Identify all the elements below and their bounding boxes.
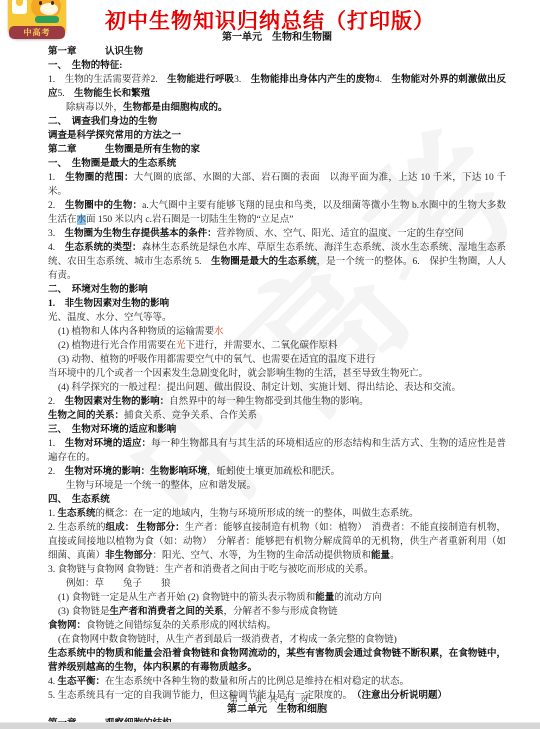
text-run: 生物都是由细胞构成的。 [123, 103, 228, 113]
text-run: 下进行，并需要水、二氧化碳作原料 [185, 341, 337, 351]
paragraph: 1. 生物圈的范围：大气圈的底部、水圈的大部、岩石圈的表面 以海平面为准，上达 … [48, 171, 506, 199]
paragraph: 生态系统中的物质和能量会沿着食物链和食物网流动的，某些有害物质会通过食物链不断积… [48, 647, 506, 675]
text-run: 捕食关系、竞争关系、合作关系 [124, 411, 257, 421]
text-run: 第二章 生物圈是所有生物的家 [48, 145, 200, 155]
paragraph: 当环境中的几个或者一个因素发生急剧变化时，就会影响生物的生活，甚至导致生物死亡。 [48, 367, 506, 381]
text-run: 3. 食物链与食物网 食物链：生产者和消费者之间由于吃与被吃而形成的关系。 [48, 565, 373, 575]
paragraph: 第一章 认识生物 [48, 45, 506, 59]
text-run: 在生态系统中各种生物的数量和所占的比例总是维持在相对稳定的状态。 [105, 677, 409, 687]
text-run: 生产者和消费者之间的关系 [109, 607, 223, 617]
paragraph: 3. 食物链与食物网 食物链：生产者和消费者之间由于吃与被吃而形成的关系。 [48, 563, 506, 577]
paragraph: 4. 生态平衡：在生态系统中各种生物的数量和所占的比例总是维持在相对稳定的状态。 [48, 675, 506, 689]
text-run: 的概念：在一定的地域内，生物与环境所形成的统一的整体，叫做生态系统。 [96, 509, 419, 519]
text-run: 生物对环境的影响： [65, 467, 151, 477]
text-run: 营养物质、水、空气、阳光、适宜的温度、一定的生存空间 [217, 229, 464, 239]
text-run: 生态系统中的物质和能量会沿着食物链和食物网流动的，某些有害物质会通过食物链不断积… [48, 649, 506, 673]
paragraph: 2. 生物圈中的生物：a.大气圈中主要有能够飞翔的昆虫和鸟类，以及细菌等微小生物… [48, 199, 506, 227]
paragraph: (4) 科学探究的一般过程：提出问题、做出假设、制定计划、实施计划、得出结论、表… [48, 381, 506, 395]
paragraph: 第二章 生物圈是所有生物的家 [48, 143, 506, 157]
text-run: 非生物部分 [105, 551, 153, 561]
text-run: 生物能生长和繁殖 [74, 89, 150, 99]
text-run: 2. [48, 201, 65, 211]
text-run: 三、 生物对环境的适应和影响 [48, 425, 176, 435]
paragraph: (3) 动物、植物的呼吸作用都需要空气中的氧气、也需要在适宜的温度下进行 [48, 353, 506, 367]
paragraph: 2. 生物因素对生物的影响：自然界中的每一种生物都受到其他生物的影响。 [48, 395, 506, 409]
text-run: (4) 科学探究的一般过程：提出问题、做出假设、制定计划、实施计划、得出结论、表… [58, 383, 461, 393]
paragraph: 调查是科学探究常用的方法之一 [48, 129, 506, 143]
text-run: 3. [48, 229, 65, 239]
text-run: 面 150 米以内 c.岩石圈是一切陆生生物的“立足点” [86, 215, 293, 225]
document-page: 中高考 中高考 初中生物知识归纳总结（打印版） 第一单元 生物和生物圈第一章 认… [0, 0, 540, 729]
text-run: 生态系统的类型： [65, 243, 142, 253]
paragraph: 二、 调查我们身边的生物 [48, 115, 506, 129]
text-run: 一、 生物圈是最大的生态系统 [48, 159, 176, 169]
text-run: 二、 环境对生物的影响 [48, 285, 148, 295]
paragraph: (3) 食物链是生产者和消费者之间的关系，分解者不参与形成食物链 [48, 605, 506, 619]
text-run: 水 [214, 327, 224, 337]
text-run: 自然界中的每一种生物都受到其他生物的影响。 [169, 397, 369, 407]
text-run: 四、 生态系统 [48, 495, 110, 505]
paragraph: 第一单元 生物和生物圈 [48, 31, 506, 45]
highlighted-text: 水 [77, 215, 87, 225]
paragraph: (2) 植物进行光合作用需要在光下进行，并需要水、二氧化碳作原料 [48, 339, 506, 353]
text-run: 除病毒以外， [66, 103, 123, 113]
paragraph: 生物之间的关系：捕食关系、竞争关系、合作关系 [48, 409, 506, 423]
text-run: 调查是科学探究常用的方法之一 [48, 131, 181, 141]
text-run: 5. [58, 89, 75, 99]
text-run: 4. [48, 677, 58, 687]
text-run: 食物网： [48, 621, 86, 631]
paragraph: 二、 环境对生物的影响 [48, 283, 506, 297]
text-run: 光、温度、水分、空气等等。 [48, 313, 172, 323]
text-run: 生物部分： [137, 523, 185, 533]
text-run: 2. 生态系统的 [48, 523, 106, 533]
paragraph: 食物网：食物链之间错综复杂的关系形成的网状结构。 [48, 619, 506, 633]
text-run: 第一章 认识生物 [48, 47, 143, 57]
text-run: 1. 生物的生活需要营养2. [48, 75, 167, 85]
text-run: 例如：草 兔子 狼 [66, 579, 171, 589]
text-run: 生物对环境的适应： [65, 439, 151, 449]
text-run: ，蚯蚓使土壤更加疏松和肥沃。 [207, 467, 340, 477]
paragraph: (在食物网中数食物链时，从生产者到最后一级消费者，才构成一条完整的食物链) [48, 633, 506, 647]
text-run: (3) 动物、植物的呼吸作用都需要空气中的氧气、也需要在适宜的温度下进行 [58, 355, 375, 365]
text-run: 组成： [106, 523, 135, 533]
document-body: 第一单元 生物和生物圈第一章 认识生物一、 生物的特征:1. 生物的生活需要营养… [48, 31, 506, 729]
paragraph: 1. 生态系统的概念：在一定的地域内，生物与环境所形成的统一的整体，叫做生态系统… [48, 507, 506, 521]
paragraph: 三、 生物对环境的适应和影响 [48, 423, 506, 437]
text-run: 4. [375, 75, 392, 85]
text-run: 生物能进行呼吸 [167, 75, 234, 85]
text-run: 的流动方向 [334, 593, 382, 603]
text-run: 4. [48, 243, 65, 253]
text-run: 第一单元 生物和生物圈 [222, 32, 332, 43]
paragraph: 光、温度、水分、空气等等。 [48, 311, 506, 325]
text-run: 生物圈为生物生存提供基本的条件： [65, 229, 217, 239]
text-run: 生物影响环境 [150, 467, 207, 477]
paragraph: (1) 植物和人体内各种物质的运输需要水 [48, 325, 506, 339]
paragraph: 一、 生物圈是最大的生态系统 [48, 157, 506, 171]
text-run: 2. [48, 397, 65, 407]
paragraph: (1) 食物链一定是从生产者开始 (2) 食物链中的箭头表示物质和能量的流动方向 [48, 591, 506, 605]
text-run: (1) 植物和人体内各种物质的运输需要 [58, 327, 214, 337]
paragraph: 2. 生物对环境的影响：生物影响环境，蚯蚓使土壤更加疏松和肥沃。 [48, 465, 506, 479]
paragraph: 例如：草 兔子 狼 [48, 577, 506, 591]
text-run: 一、 生物的特征: [48, 61, 122, 71]
paragraph: 4. 生态系统的类型：森林生态系统是绿色水库、草原生态系统、海洋生态系统、淡水生… [48, 241, 506, 283]
text-run: 生物圈是最大的生态系统 [211, 257, 317, 267]
text-run: (3) 食物链是 [58, 607, 109, 617]
text-run: 食物链之间错综复杂的关系形成的网状结构。 [86, 621, 276, 631]
text-run: (1) 食物链一定是从生产者开始 (2) 食物链中的箭头表示物质和 [58, 593, 315, 603]
text-run: 二、 调查我们身边的生物 [48, 117, 157, 127]
text-run: 。 [390, 551, 400, 561]
page-number: 第 1 页 共 23 页 [0, 693, 540, 705]
paragraph: 1. 生物的生活需要营养2. 生物能进行呼吸3. 生物能排出身体内产生的废物4.… [48, 73, 506, 101]
paragraph: 1. 非生物因素对生物的影响 [48, 297, 506, 311]
paragraph: 1. 生物对环境的适应：每一种生物都具有与其生活的环境相适应的形态结构和生活方式… [48, 437, 506, 465]
paragraph: 第二单元 生物和细胞 [48, 703, 506, 717]
text-run: 3. [234, 75, 251, 85]
text-run: ，分解者不参与形成食物链 [223, 607, 337, 617]
text-run: 1. [48, 509, 58, 519]
text-run: ：阳光、空气、水等，为生物的生命活动提供物质和 [153, 551, 372, 561]
paragraph: 2. 生态系统的组成： 生物部分：生产者：能够直接制造有机物（如：植物） 消费者… [48, 521, 506, 563]
text-run: 1. [48, 173, 65, 183]
text-run: 生物与环境是一个统一的整体，应和谐发展。 [66, 481, 256, 491]
text-run: 生物能排出身体内产生的废物 [251, 75, 375, 85]
paragraph: 除病毒以外，生物都是由细胞构成的。 [48, 101, 506, 115]
page-edge [0, 722, 540, 729]
text-run: 生态平衡： [58, 677, 106, 687]
paragraph: 3. 生物圈为生物生存提供基本的条件：营养物质、水、空气、阳光、适宜的温度、一定… [48, 227, 506, 241]
paragraph: 一、 生物的特征: [48, 59, 506, 73]
text-run: 第二单元 生物和细胞 [227, 704, 327, 715]
paragraph: 四、 生态系统 [48, 493, 506, 507]
text-run: (2) 植物进行光合作用需要在 [58, 341, 176, 351]
text-run: 生物圈的范围： [65, 173, 134, 183]
paragraph: 生物与环境是一个统一的整体，应和谐发展。 [48, 479, 506, 493]
text-run: 当环境中的几个或者一个因素发生急剧变化时，就会影响生物的生活，甚至导致生物死亡。 [48, 369, 428, 379]
text-run: 生物圈中的生物： [65, 201, 142, 211]
text-run: 1. [48, 439, 65, 449]
text-run: 生物因素对生物的影响： [65, 397, 170, 407]
text-run: (在食物网中数食物链时，从生产者到最后一级消费者，才构成一条完整的食物链) [58, 635, 397, 645]
text-run: 生物之间的关系： [48, 411, 124, 421]
text-run: 1. 非生物因素对生物的影响 [48, 299, 169, 309]
text-run: 能量 [315, 593, 334, 603]
text-run: 能量 [371, 551, 390, 561]
text-run: 2. [48, 467, 65, 477]
text-run: 生态系统 [58, 509, 96, 519]
